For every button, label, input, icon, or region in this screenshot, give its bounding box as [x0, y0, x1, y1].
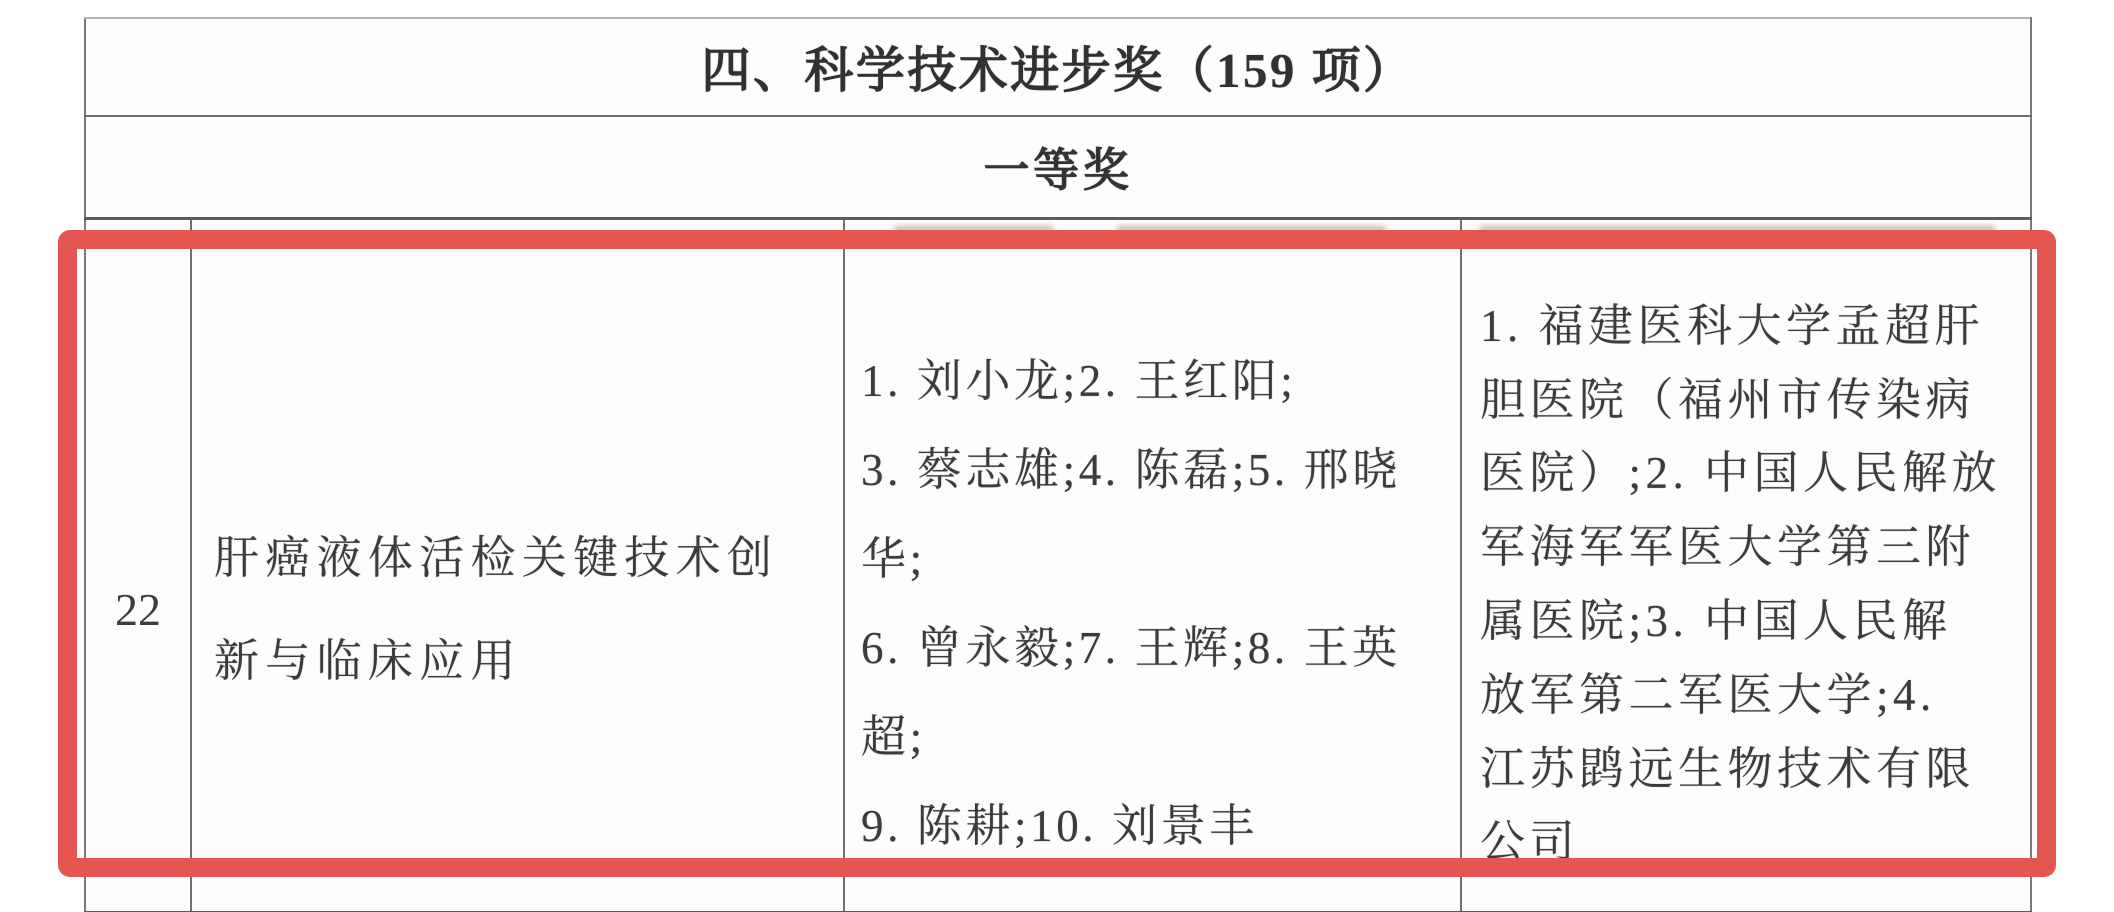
clipped-text-remnant — [894, 225, 1054, 235]
scanned-award-document: 四、科学技术进步奖（159 项） 一等奖 — [0, 0, 2114, 912]
prize-level-row: 一等奖 — [85, 116, 2031, 219]
winners-cell: 1. 刘小龙;2. 王红阳; 3. 蔡志雄;4. 陈磊;5. 邢晓 华; 6. … — [844, 257, 1461, 912]
clipped-cell-winners — [844, 219, 1461, 258]
organizations-text: 1. 福建医科大学孟超肝 胆医院（福州市传染病 医院）;2. 中国人民解放 军海… — [1480, 290, 2024, 880]
prize-level-header: 一等奖 — [87, 134, 2029, 200]
section-title: 四、科学技术进步奖（159 项） — [87, 32, 2029, 102]
award-row-22: 22 肝癌液体活检关键技术创 新与临床应用 1. 刘小龙;2. 王红阳; 3. … — [85, 257, 2031, 912]
clipped-cell-organizations — [1461, 219, 2031, 258]
clipped-cell-serial — [85, 219, 191, 258]
project-name-text: 肝癌液体活检关键技术创 新与临床应用 — [214, 507, 829, 714]
serial-cell: 22 — [85, 257, 191, 912]
project-name-cell: 肝癌液体活检关键技术创 新与临床应用 — [191, 257, 844, 912]
award-table: 四、科学技术进步奖（159 项） 一等奖 — [84, 17, 2032, 912]
section-header-row: 四、科学技术进步奖（159 项） — [85, 18, 2031, 116]
organizations-cell: 1. 福建医科大学孟超肝 胆医院（福州市传染病 医院）;2. 中国人民解放 军海… — [1461, 257, 2031, 912]
serial-number: 22 — [115, 584, 161, 635]
clipped-text-remnant — [1479, 225, 1996, 235]
clipped-text-remnant — [1116, 225, 1387, 235]
winners-text: 1. 刘小龙;2. 王红阳; 3. 蔡志雄;4. 陈磊;5. 邢晓 华; 6. … — [861, 337, 1454, 872]
clipped-row — [85, 219, 2031, 258]
clipped-cell-project — [191, 219, 844, 258]
